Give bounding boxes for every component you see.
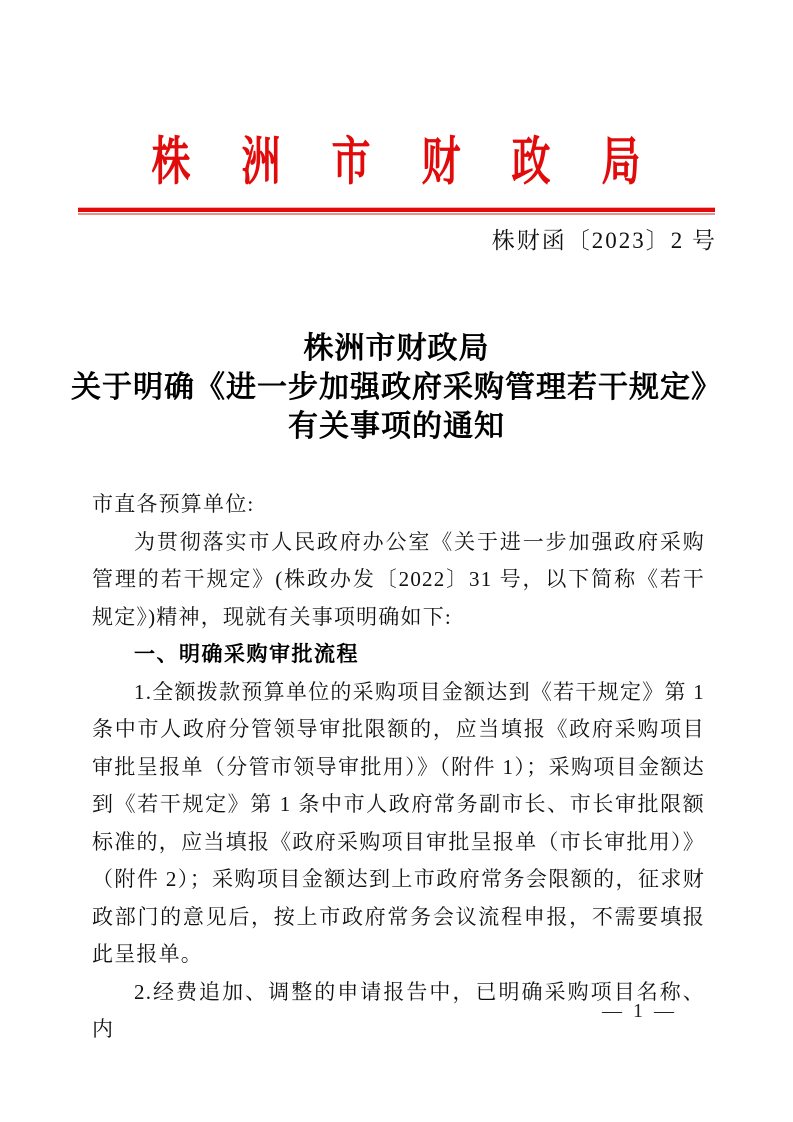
letterhead-char: 株 xyxy=(152,133,191,191)
letterhead-char: 财 xyxy=(422,133,461,191)
title-line-3: 有关事项的通知 xyxy=(0,407,793,446)
title-line-1: 株洲市财政局 xyxy=(0,329,793,368)
document-number: 株财函〔2023〕2 号 xyxy=(492,226,717,255)
document-page: 株 洲 市 财 政 局 株财函〔2023〕2 号 株洲市财政局 关于明确《进一步… xyxy=(0,0,793,1122)
body-paragraph: 1.全额拨款预算单位的采购项目金额达到《若干规定》第 1 条中市人政府分管领导审… xyxy=(92,674,705,974)
title-line-2: 关于明确《进一步加强政府采购管理若干规定》 xyxy=(0,368,793,407)
document-body: 市直各预算单位: 为贯彻落实市人民政府办公室《关于进一步加强政府采购管理的若干规… xyxy=(92,486,705,1049)
letterhead-char: 局 xyxy=(602,133,641,191)
page-number: — 1 — xyxy=(602,1000,677,1023)
body-paragraphs: 为贯彻落实市人民政府办公室《关于进一步加强政府采购管理的若干规定》(株政办发〔2… xyxy=(92,524,705,1049)
body-paragraph: 为贯彻落实市人民政府办公室《关于进一步加强政府采购管理的若干规定》(株政办发〔2… xyxy=(92,524,705,637)
document-title: 株洲市财政局 关于明确《进一步加强政府采购管理若干规定》 有关事项的通知 xyxy=(0,329,793,446)
letterhead-char: 政 xyxy=(512,133,551,191)
letterhead-char: 洲 xyxy=(242,133,281,191)
section-heading: 一、明确采购审批流程 xyxy=(92,636,705,674)
letterhead-char: 市 xyxy=(332,133,371,191)
letterhead-agency-name: 株 洲 市 财 政 局 xyxy=(146,134,646,190)
salutation: 市直各预算单位: xyxy=(92,486,705,524)
letterhead-divider-line xyxy=(78,207,715,215)
